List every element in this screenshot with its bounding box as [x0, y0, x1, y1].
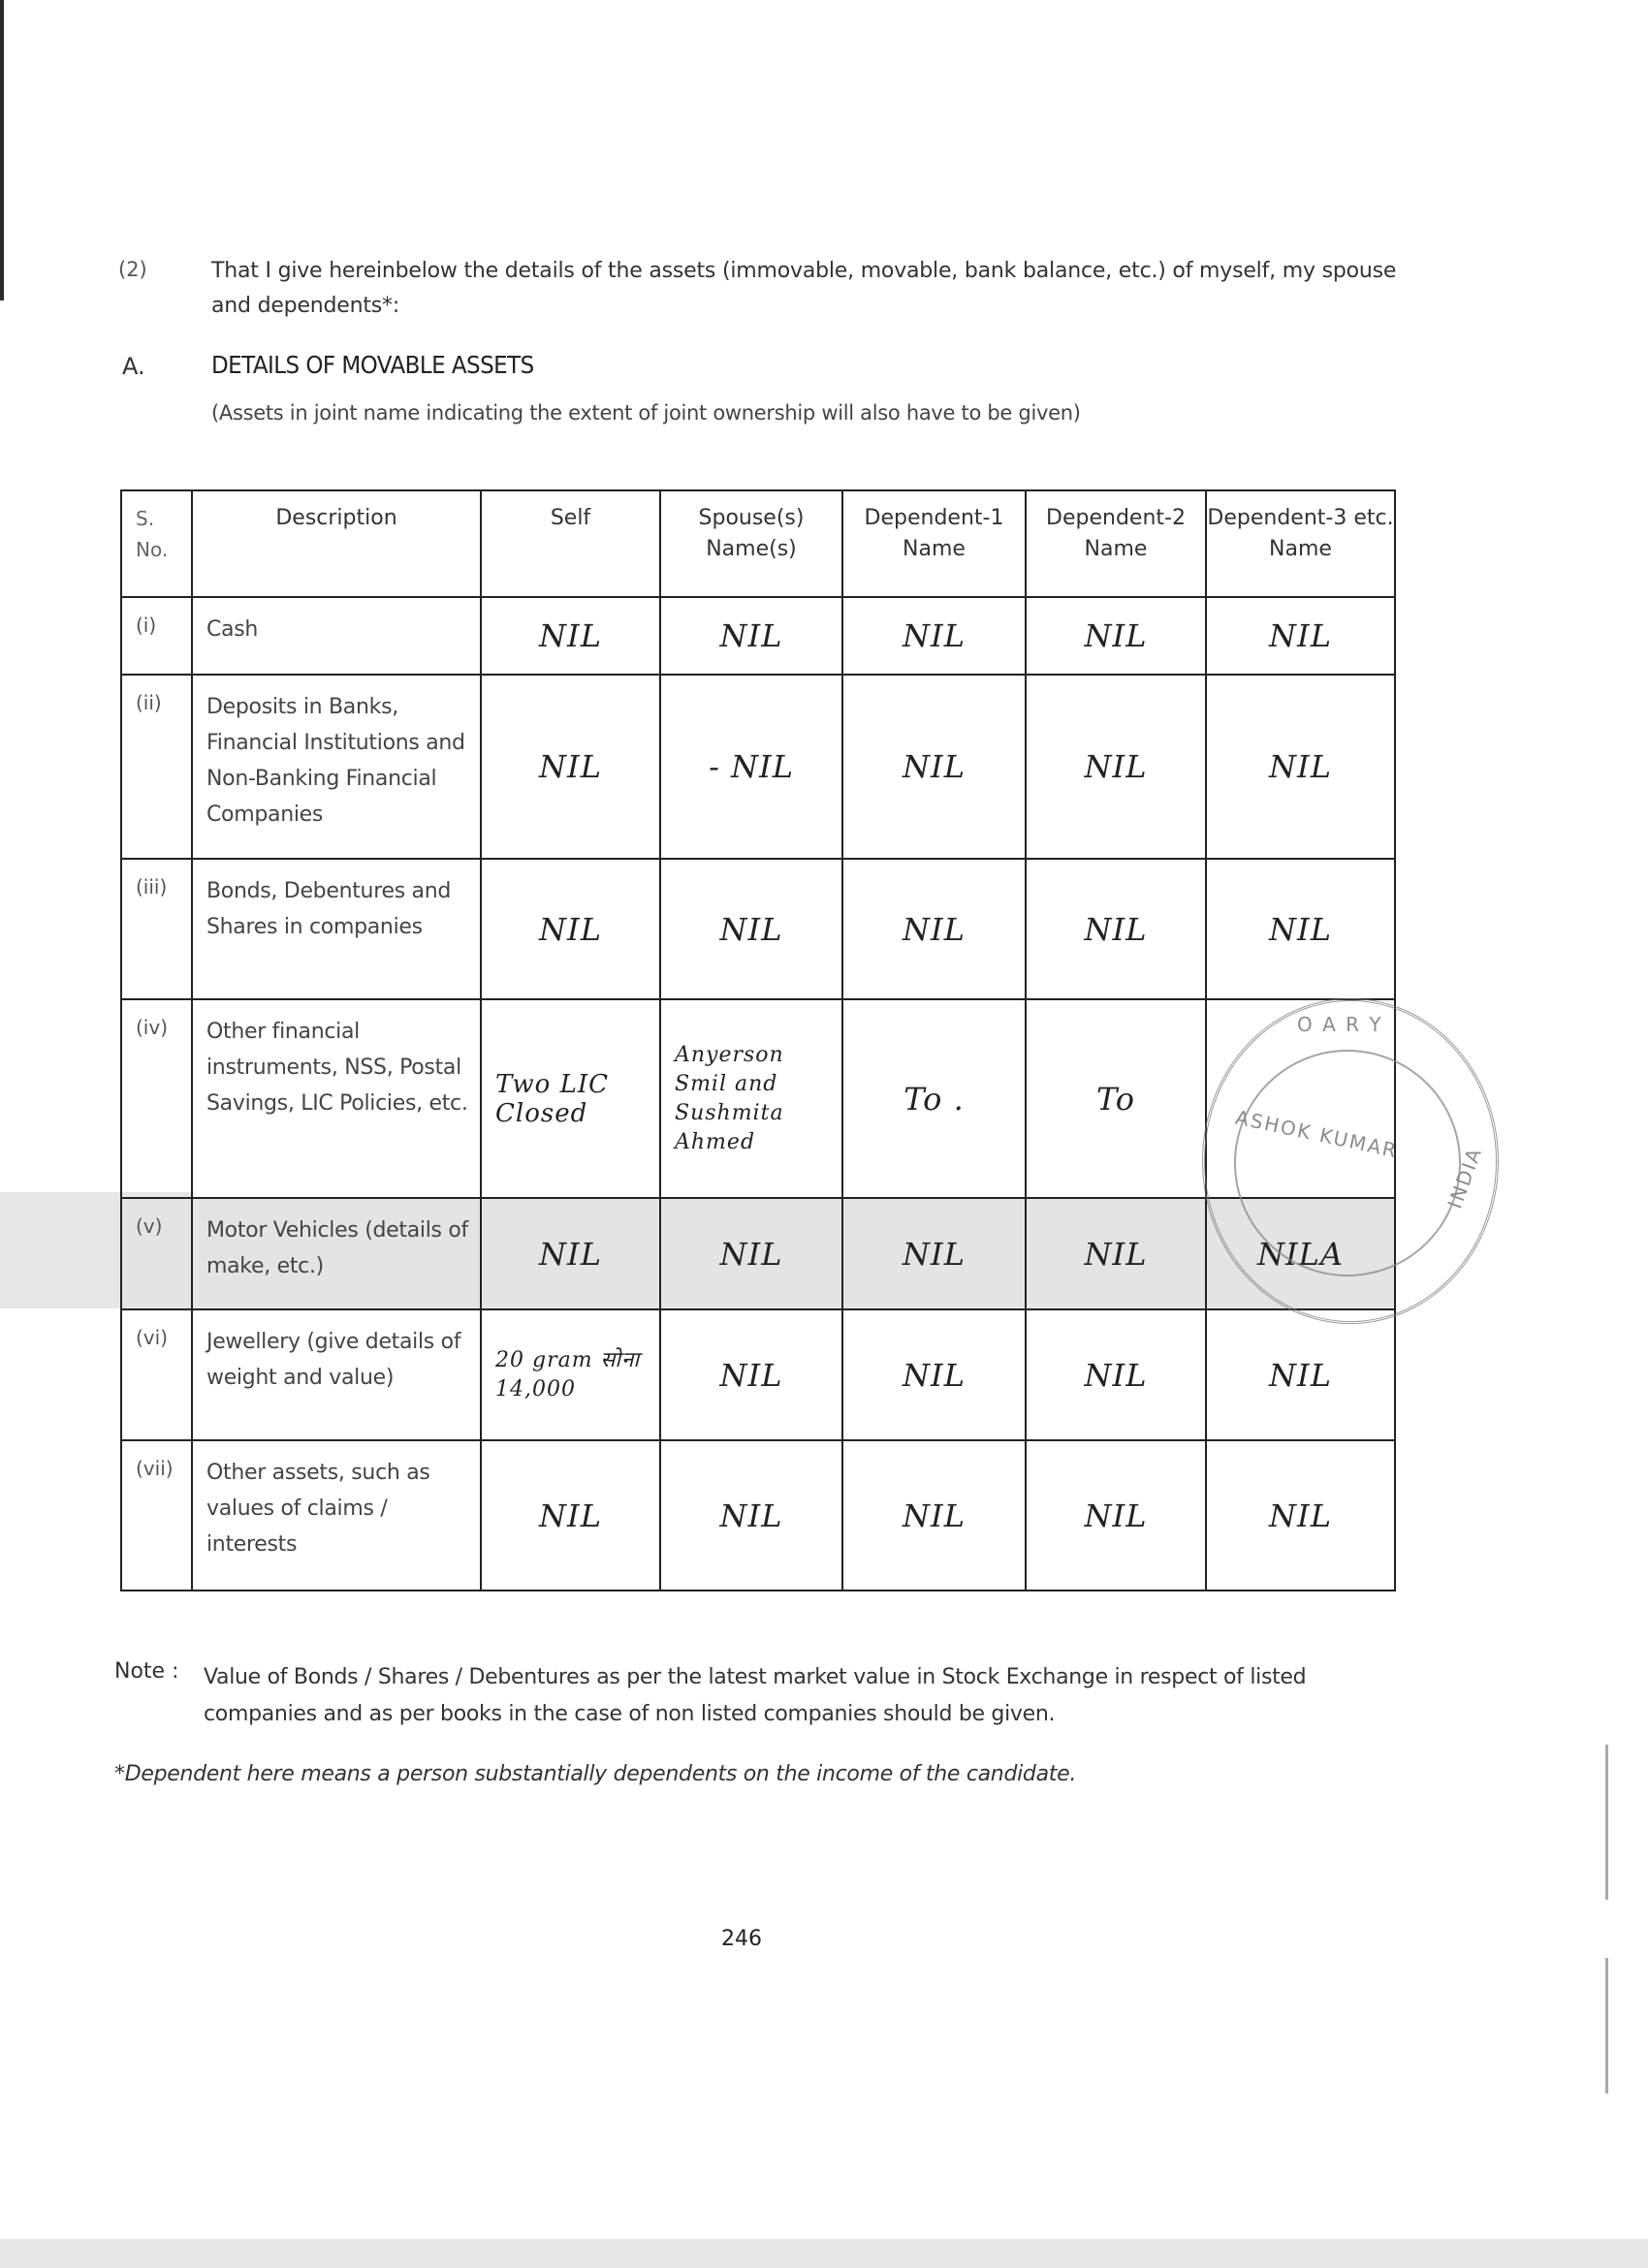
cell-dependent-3: NIL: [1206, 597, 1395, 675]
note-label: Note :: [114, 1659, 178, 1684]
row-description: Bonds, Debentures and Shares in companie…: [192, 859, 481, 999]
table-row: (vii) Other assets, such as values of cl…: [121, 1440, 1395, 1591]
dependent-footnote: *Dependent here means a person substanti…: [114, 1762, 1076, 1786]
cell-spouse: NIL: [660, 1440, 842, 1591]
cell-self: Two LIC Closed: [481, 999, 660, 1198]
cell-dependent-2: NIL: [1026, 1440, 1206, 1591]
cell-spouse: NIL: [660, 1198, 842, 1309]
table-header-row: S. No. Description Self Spouse(s) Name(s…: [121, 490, 1395, 597]
scan-edge: [0, 0, 4, 300]
cell-dependent-3: [1206, 999, 1395, 1198]
cell-dependent-1: To .: [842, 999, 1026, 1198]
row-sno: (vii): [121, 1440, 192, 1591]
cell-dependent-1: NIL: [842, 597, 1026, 675]
cell-dependent-3: NILA: [1206, 1198, 1395, 1309]
row-description: Motor Vehicles (details of make, etc.): [192, 1198, 481, 1309]
cell-spouse: - NIL: [660, 675, 842, 859]
cell-spouse: NIL: [660, 859, 842, 999]
cell-dependent-1: NIL: [842, 1440, 1026, 1591]
clause-text: That I give hereinbelow the details of t…: [211, 254, 1404, 324]
scan-artifact: [1605, 1745, 1608, 1900]
cell-self: NIL: [481, 1440, 660, 1591]
header-spouse: Spouse(s) Name(s): [660, 490, 842, 597]
table-row: (vi) Jewellery (give details of weight a…: [121, 1309, 1395, 1440]
cell-dependent-2: NIL: [1026, 675, 1206, 859]
cell-dependent-2: To: [1026, 999, 1206, 1198]
scan-artifact: [0, 2239, 1648, 2268]
cell-self: NIL: [481, 597, 660, 675]
cell-dependent-1: NIL: [842, 1198, 1026, 1309]
cell-spouse: Anyerson Smil and Sushmita Ahmed: [660, 999, 842, 1198]
row-description: Cash: [192, 597, 481, 675]
header-self: Self: [481, 490, 660, 597]
cell-dependent-2: NIL: [1026, 859, 1206, 999]
table-row: (iv) Other financial instruments, NSS, P…: [121, 999, 1395, 1198]
table-row: (ii) Deposits in Banks, Financial Instit…: [121, 675, 1395, 859]
movable-assets-table: S. No. Description Self Spouse(s) Name(s…: [120, 489, 1396, 1591]
row-sno: (iv): [121, 999, 192, 1198]
cell-dependent-3: NIL: [1206, 1309, 1395, 1440]
cell-dependent-1: NIL: [842, 859, 1026, 999]
table-row: (v) Motor Vehicles (details of make, etc…: [121, 1198, 1395, 1309]
clause-number: (2): [118, 258, 147, 281]
cell-dependent-1: NIL: [842, 1309, 1026, 1440]
cell-self: 20 gram सोना 14,000: [481, 1309, 660, 1440]
header-description: Description: [192, 490, 481, 597]
cell-dependent-2: NIL: [1026, 1198, 1206, 1309]
cell-self: NIL: [481, 1198, 660, 1309]
header-sno: S. No.: [121, 490, 192, 597]
row-sno: (vi): [121, 1309, 192, 1440]
scan-artifact: [1605, 1958, 1608, 2094]
row-sno: (iii): [121, 859, 192, 999]
header-dependent-3: Dependent-3 etc. Name: [1206, 490, 1395, 597]
note-text: Value of Bonds / Shares / Debentures as …: [204, 1659, 1396, 1733]
cell-dependent-2: NIL: [1026, 597, 1206, 675]
page-number: 246: [721, 1927, 762, 1951]
row-sno: (v): [121, 1198, 192, 1309]
row-description: Other assets, such as values of claims /…: [192, 1440, 481, 1591]
section-subtitle: (Assets in joint name indicating the ext…: [211, 401, 1081, 425]
section-title: DETAILS OF MOVABLE ASSETS: [211, 351, 534, 379]
header-dependent-1: Dependent-1 Name: [842, 490, 1026, 597]
row-sno: (ii): [121, 675, 192, 859]
table-row: (iii) Bonds, Debentures and Shares in co…: [121, 859, 1395, 999]
row-sno: (i): [121, 597, 192, 675]
row-description: Jewellery (give details of weight and va…: [192, 1309, 481, 1440]
cell-dependent-2: NIL: [1026, 1309, 1206, 1440]
cell-dependent-3: NIL: [1206, 675, 1395, 859]
row-description: Deposits in Banks, Financial Institution…: [192, 675, 481, 859]
cell-dependent-3: NIL: [1206, 859, 1395, 999]
cell-spouse: NIL: [660, 597, 842, 675]
cell-dependent-1: NIL: [842, 675, 1026, 859]
cell-self: NIL: [481, 859, 660, 999]
table-row: (i) Cash NIL NIL NIL NIL NIL: [121, 597, 1395, 675]
stamp-side-text: INDIA: [1442, 1144, 1486, 1212]
cell-dependent-3: NIL: [1206, 1440, 1395, 1591]
row-description: Other financial instruments, NSS, Postal…: [192, 999, 481, 1198]
header-dependent-2: Dependent-2 Name: [1026, 490, 1206, 597]
cell-self: NIL: [481, 675, 660, 859]
cell-spouse: NIL: [660, 1309, 842, 1440]
section-letter: A.: [122, 353, 145, 380]
